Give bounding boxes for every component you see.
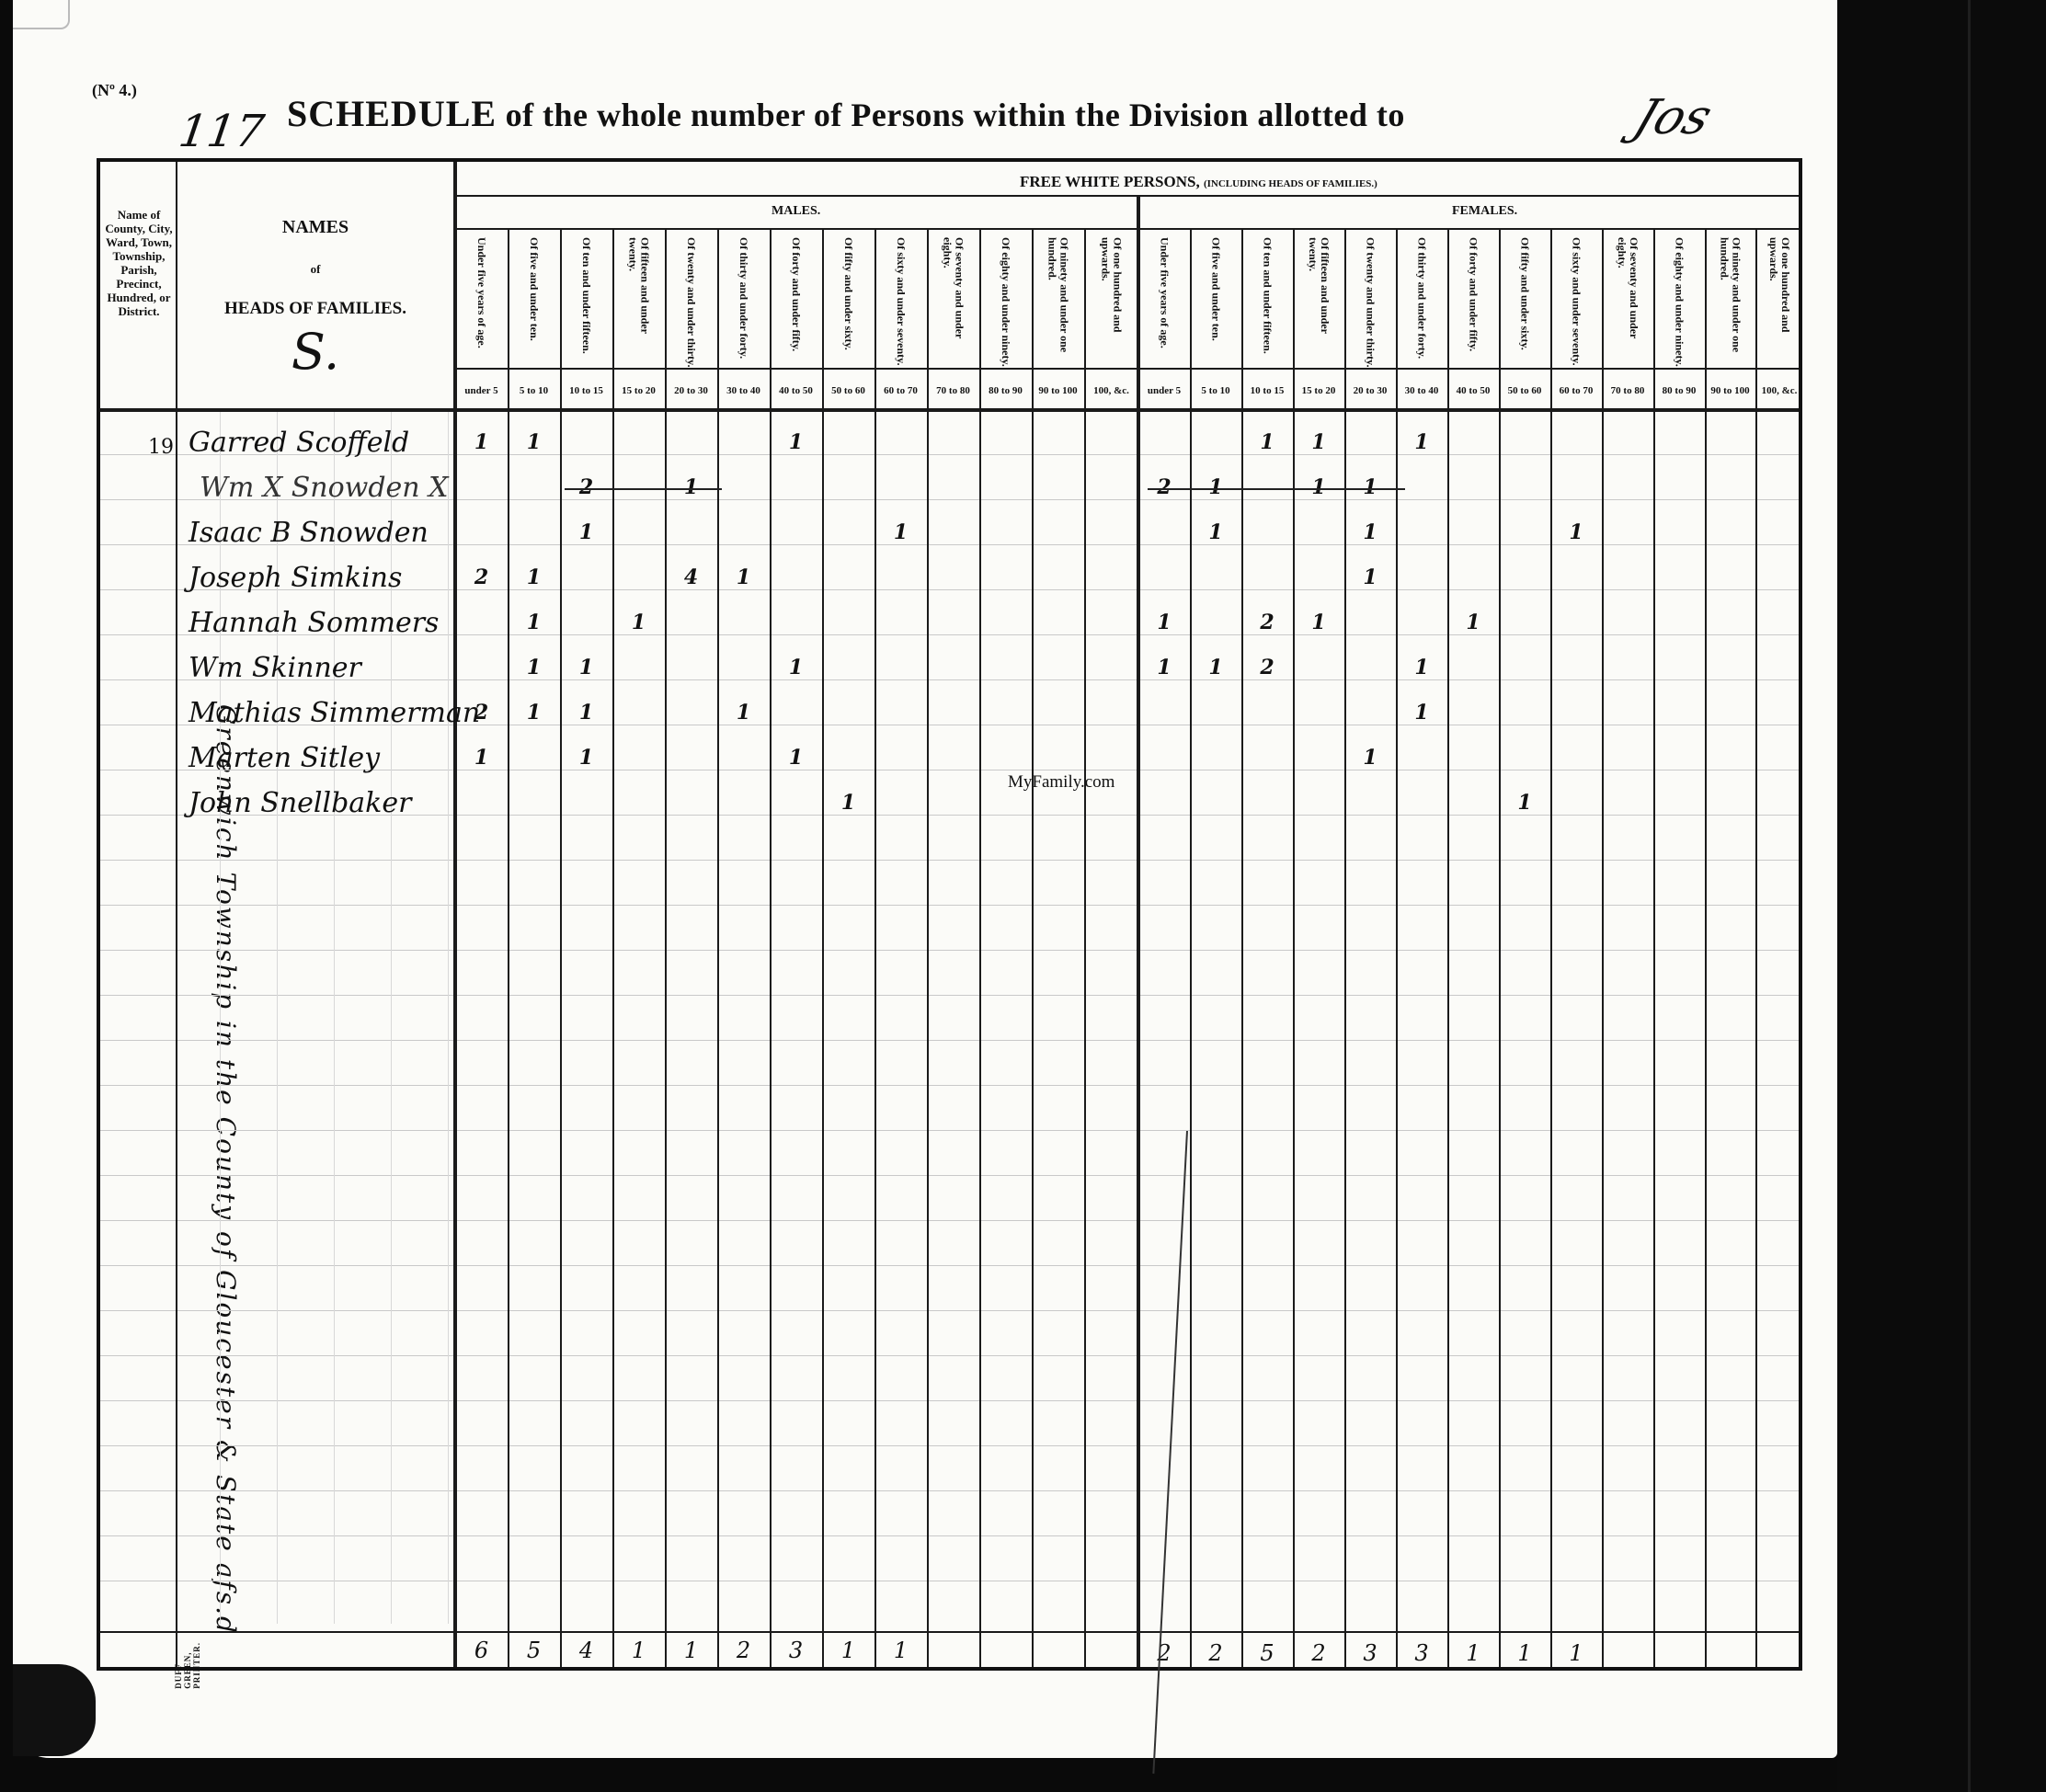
female-count-cell: 1 — [1344, 520, 1396, 544]
column-divider — [560, 228, 562, 1667]
female-count-cell: 1 — [1344, 475, 1396, 499]
ruled-line — [100, 1220, 1799, 1221]
male-total-cell: 4 — [560, 1638, 612, 1663]
male-count-cell: 1 — [560, 746, 612, 770]
ruled-line — [100, 1130, 1799, 1131]
female-age-range: 50 to 60 — [1499, 371, 1550, 410]
male-column-header: Of twenty and under thirty. — [665, 232, 717, 368]
head-of-family-name: Isaac B Snowden — [189, 517, 429, 549]
female-age-range: 80 to 90 — [1653, 371, 1705, 410]
female-column-header: Of one hundred and upwards. — [1755, 232, 1803, 368]
column-description: Of one hundred and upwards. — [1100, 232, 1124, 368]
heads-of-families-label: HEADS OF FAMILIES. — [177, 299, 453, 319]
male-column-header: Of fifteen and under twenty. — [612, 232, 665, 368]
male-age-range: 20 to 30 — [665, 371, 717, 410]
male-count-cell: 2 — [455, 565, 508, 589]
male-column-header: Of one hundred and upwards. — [1084, 232, 1138, 368]
male-total-cell: 1 — [665, 1638, 717, 1663]
fwp-label: FREE WHITE PERSONS, — [1020, 173, 1200, 190]
column-description: Under five years of age. — [475, 232, 487, 348]
female-age-range: 70 to 80 — [1602, 371, 1653, 410]
males-header: MALES. — [772, 204, 820, 219]
ruled-line — [100, 995, 1799, 996]
female-count-cell: 1 — [1447, 611, 1499, 634]
male-count-cell: 1 — [717, 701, 770, 725]
ruled-line — [100, 1490, 1799, 1491]
head-of-family-name: Mathias Simmerman — [189, 697, 480, 729]
header-divider — [455, 228, 1799, 230]
column-description: Of twenty and under thirty. — [1365, 232, 1377, 367]
column-divider — [979, 228, 981, 1667]
ruled-line — [100, 1175, 1799, 1176]
male-count-cell: 1 — [508, 701, 560, 725]
female-count-cell: 1 — [1293, 430, 1344, 454]
female-age-range: 15 to 20 — [1293, 371, 1344, 410]
male-total-cell: 1 — [612, 1638, 665, 1663]
column-description: Of fifty and under sixty. — [1519, 232, 1531, 350]
column-description: Of eighty and under ninety. — [1000, 232, 1012, 367]
column-divider — [1755, 228, 1757, 1667]
female-column-header: Under five years of age. — [1138, 232, 1190, 368]
column-description: Of ninety and under one hundred. — [1046, 232, 1070, 368]
male-count-cell: 1 — [770, 656, 822, 679]
column-divider — [1653, 228, 1655, 1667]
female-count-cell: 1 — [1138, 611, 1190, 634]
header-divider — [455, 195, 1799, 197]
head-of-family-name: Wm Skinner — [189, 652, 361, 684]
male-count-cell: 1 — [508, 430, 560, 454]
male-column-header: Of ten and under fifteen. — [560, 232, 612, 368]
header-divider — [455, 368, 1799, 370]
male-count-cell: 1 — [874, 520, 927, 544]
fwp-note: (INCLUDING HEADS OF FAMILIES.) — [1204, 178, 1377, 189]
census-table: Name of County, City, Ward, Town, Townsh… — [97, 158, 1802, 1671]
female-count-cell: 1 — [1499, 791, 1550, 815]
male-age-range: under 5 — [455, 371, 508, 410]
female-column-header: Of five and under ten. — [1190, 232, 1241, 368]
free-white-persons-header: FREE WHITE PERSONS, (INCLUDING HEADS OF … — [1020, 173, 1377, 191]
male-count-cell: 4 — [665, 565, 717, 589]
male-column-header: Of eighty and under ninety. — [979, 232, 1032, 368]
female-count-cell: 1 — [1396, 430, 1447, 454]
column-divider — [612, 228, 614, 1667]
column-description: Of five and under ten. — [528, 232, 540, 341]
column-description: Of sixty and under seventy. — [1571, 232, 1583, 365]
column-description: Of fifteen and under twenty. — [627, 232, 651, 368]
male-column-header: Of ninety and under one hundred. — [1032, 232, 1084, 368]
column-description: Of ninety and under one hundred. — [1719, 232, 1743, 368]
column-description: Of ten and under fifteen. — [1262, 232, 1274, 354]
male-age-range: 100, &c. — [1084, 371, 1138, 410]
female-age-range: 100, &c. — [1755, 371, 1803, 410]
female-count-cell: 1 — [1293, 611, 1344, 634]
female-count-cell: 1 — [1550, 520, 1602, 544]
male-column-header: Of seventy and under eighty. — [927, 232, 979, 368]
female-total-cell: 3 — [1396, 1640, 1447, 1666]
male-total-cell: 3 — [770, 1638, 822, 1663]
female-count-cell: 1 — [1190, 520, 1241, 544]
row-number: 19 — [148, 436, 174, 459]
names-label: NAMES — [177, 217, 453, 238]
female-total-cell: 2 — [1138, 1640, 1190, 1666]
female-count-cell: 1 — [1396, 656, 1447, 679]
male-total-cell: 1 — [822, 1638, 874, 1663]
female-column-header: Of ninety and under one hundred. — [1705, 232, 1755, 368]
female-column-header: Of thirty and under forty. — [1396, 232, 1447, 368]
female-count-cell: 2 — [1241, 656, 1293, 679]
names-mark: S. — [177, 323, 453, 381]
head-of-family-name: Wm X Snowden X — [200, 472, 449, 504]
male-age-range: 30 to 40 — [717, 371, 770, 410]
column-description: Of forty and under fifty. — [790, 232, 802, 351]
page-title: SCHEDULE of the whole number of Persons … — [287, 92, 1405, 135]
male-column-header: Under five years of age. — [455, 232, 508, 368]
male-count-cell: 1 — [770, 430, 822, 454]
names-column-header: NAMES of HEADS OF FAMILIES. S. — [177, 217, 453, 381]
form-number: (Nº 4.) — [92, 81, 137, 100]
ruled-line — [100, 1445, 1799, 1446]
column-description: Of five and under ten. — [1210, 232, 1222, 341]
female-count-cell: 1 — [1396, 701, 1447, 725]
column-divider — [1705, 228, 1707, 1667]
male-age-range: 40 to 50 — [770, 371, 822, 410]
male-count-cell: 1 — [508, 565, 560, 589]
strike-through-line — [1148, 488, 1405, 490]
ruled-line — [100, 1581, 1799, 1581]
male-age-range: 5 to 10 — [508, 371, 560, 410]
male-count-cell: 1 — [455, 746, 508, 770]
book-binding-edge — [1837, 0, 2046, 1792]
ruled-line — [448, 410, 449, 1624]
column-description: Of eighty and under ninety. — [1674, 232, 1686, 367]
ruled-line — [100, 1535, 1799, 1536]
male-count-cell: 2 — [560, 475, 612, 499]
male-count-cell: 1 — [822, 791, 874, 815]
male-column-header: Of five and under ten. — [508, 232, 560, 368]
male-count-cell: 1 — [508, 611, 560, 634]
male-count-cell: 2 — [455, 701, 508, 725]
male-total-cell: 5 — [508, 1638, 560, 1663]
column-divider — [927, 228, 929, 1667]
female-age-range: under 5 — [1138, 371, 1190, 410]
column-divider — [1032, 228, 1034, 1667]
column-divider — [717, 228, 719, 1667]
female-count-cell: 1 — [1344, 746, 1396, 770]
male-count-cell: 1 — [508, 656, 560, 679]
male-column-header: Of fifty and under sixty. — [822, 232, 874, 368]
female-total-cell: 2 — [1293, 1640, 1344, 1666]
column-description: Of seventy and under eighty. — [942, 232, 966, 368]
column-divider — [1344, 228, 1346, 1667]
female-age-range: 30 to 40 — [1396, 371, 1447, 410]
male-count-cell: 1 — [665, 475, 717, 499]
female-column-header: Of fifty and under sixty. — [1499, 232, 1550, 368]
county-column-header: Name of County, City, Ward, Town, Townsh… — [100, 208, 177, 318]
female-count-cell: 1 — [1138, 656, 1190, 679]
column-divider — [1447, 228, 1449, 1667]
male-age-range: 10 to 15 — [560, 371, 612, 410]
column-divider — [822, 228, 824, 1667]
female-total-cell: 5 — [1241, 1640, 1293, 1666]
male-age-range: 80 to 90 — [979, 371, 1032, 410]
ruled-line — [100, 1040, 1799, 1041]
female-age-range: 90 to 100 — [1705, 371, 1755, 410]
female-age-range: 60 to 70 — [1550, 371, 1602, 410]
column-description: Under five years of age. — [1159, 232, 1171, 348]
female-count-cell: 1 — [1241, 430, 1293, 454]
female-age-range: 10 to 15 — [1241, 371, 1293, 410]
column-divider — [1499, 228, 1501, 1667]
female-age-range: 20 to 30 — [1344, 371, 1396, 410]
title-rest: of the whole number of Persons within th… — [506, 97, 1405, 133]
ruled-line — [100, 1400, 1799, 1401]
column-description: Of twenty and under thirty. — [685, 232, 697, 367]
male-count-cell: 1 — [560, 656, 612, 679]
ruled-line — [100, 860, 1799, 861]
male-column-header: Of forty and under fifty. — [770, 232, 822, 368]
male-column-header: Of sixty and under seventy. — [874, 232, 927, 368]
ruled-line — [100, 1310, 1799, 1311]
head-of-family-name: Marten Sitley — [189, 742, 380, 774]
female-column-header: Of seventy and under eighty. — [1602, 232, 1653, 368]
male-age-range: 90 to 100 — [1032, 371, 1084, 410]
female-total-cell: 1 — [1550, 1640, 1602, 1666]
male-count-cell: 1 — [560, 701, 612, 725]
printer-credit: DUFF GREEN, PRINTER. — [174, 1642, 201, 1689]
district-handwriting: Greenwich Township in the County of Glou… — [211, 704, 241, 1635]
female-age-range: 40 to 50 — [1447, 371, 1499, 410]
strike-through-line — [565, 488, 722, 490]
male-age-range: 15 to 20 — [612, 371, 665, 410]
female-count-cell: 1 — [1293, 475, 1344, 499]
female-column-header: Of eighty and under ninety. — [1653, 232, 1705, 368]
column-divider — [1550, 228, 1552, 1667]
male-count-cell: 1 — [612, 611, 665, 634]
female-column-header: Of twenty and under thirty. — [1344, 232, 1396, 368]
female-column-header: Of forty and under fifty. — [1447, 232, 1499, 368]
column-description: Of forty and under fifty. — [1468, 232, 1480, 351]
female-total-cell: 1 — [1447, 1640, 1499, 1666]
male-count-cell: 1 — [455, 430, 508, 454]
totals-divider — [100, 1631, 1799, 1633]
of-label: of — [177, 262, 453, 277]
female-column-header: Of ten and under fifteen. — [1241, 232, 1293, 368]
males-females-divider — [1137, 195, 1140, 1667]
column-description: Of sixty and under seventy. — [895, 232, 907, 365]
male-total-cell: 1 — [874, 1638, 927, 1663]
female-column-header: Of sixty and under seventy. — [1550, 232, 1602, 368]
page-number: 117 — [176, 106, 267, 157]
female-column-header: Of fifteen and under twenty. — [1293, 232, 1344, 368]
ruled-line — [100, 1265, 1799, 1266]
male-age-range: 50 to 60 — [822, 371, 874, 410]
female-total-cell: 2 — [1190, 1640, 1241, 1666]
female-total-cell: 1 — [1499, 1640, 1550, 1666]
column-description: Of one hundred and upwards. — [1767, 232, 1791, 368]
page-damage — [13, 1664, 96, 1756]
column-divider — [665, 228, 667, 1667]
ruled-line — [100, 905, 1799, 906]
female-count-cell: 2 — [1138, 475, 1190, 499]
male-count-cell: 1 — [560, 520, 612, 544]
column-description: Of ten and under fifteen. — [580, 232, 592, 354]
column-divider — [874, 228, 876, 1667]
county-column-border — [176, 162, 177, 1667]
ruled-line — [100, 950, 1799, 951]
column-description: Of fifty and under sixty. — [842, 232, 854, 350]
ruled-line — [100, 1085, 1799, 1086]
male-count-cell: 1 — [717, 565, 770, 589]
female-count-cell: 1 — [1190, 475, 1241, 499]
male-age-range: 70 to 80 — [927, 371, 979, 410]
female-count-cell: 1 — [1190, 656, 1241, 679]
female-count-cell: 2 — [1241, 611, 1293, 634]
male-age-range: 60 to 70 — [874, 371, 927, 410]
column-description: Of seventy and under eighty. — [1616, 232, 1640, 368]
male-total-cell: 2 — [717, 1638, 770, 1663]
column-divider — [1602, 228, 1604, 1667]
binding-gutter-line — [1968, 0, 1971, 1792]
column-divider — [1084, 228, 1086, 1667]
page-corner-fold — [13, 0, 70, 29]
head-of-family-name: Hannah Sommers — [189, 607, 439, 639]
column-description: Of fifteen and under twenty. — [1307, 232, 1331, 368]
male-count-cell: 1 — [770, 746, 822, 770]
watermark: MyFamily.com — [1008, 772, 1114, 793]
title-lead: SCHEDULE — [287, 93, 497, 134]
female-age-range: 5 to 10 — [1190, 371, 1241, 410]
female-count-cell: 1 — [1344, 565, 1396, 589]
column-description: Of thirty and under forty. — [737, 232, 749, 359]
male-column-header: Of thirty and under forty. — [717, 232, 770, 368]
head-of-family-name: John Snellbaker — [189, 787, 411, 819]
females-header: FEMALES. — [1452, 204, 1517, 219]
head-of-family-name: Joseph Simkins — [189, 562, 402, 594]
male-total-cell: 6 — [455, 1638, 508, 1663]
ruled-line — [100, 1355, 1799, 1356]
column-description: Of thirty and under forty. — [1416, 232, 1428, 359]
column-divider — [1190, 228, 1192, 1667]
female-total-cell: 3 — [1344, 1640, 1396, 1666]
head-of-family-name: Garred Scoffeld — [189, 427, 409, 459]
